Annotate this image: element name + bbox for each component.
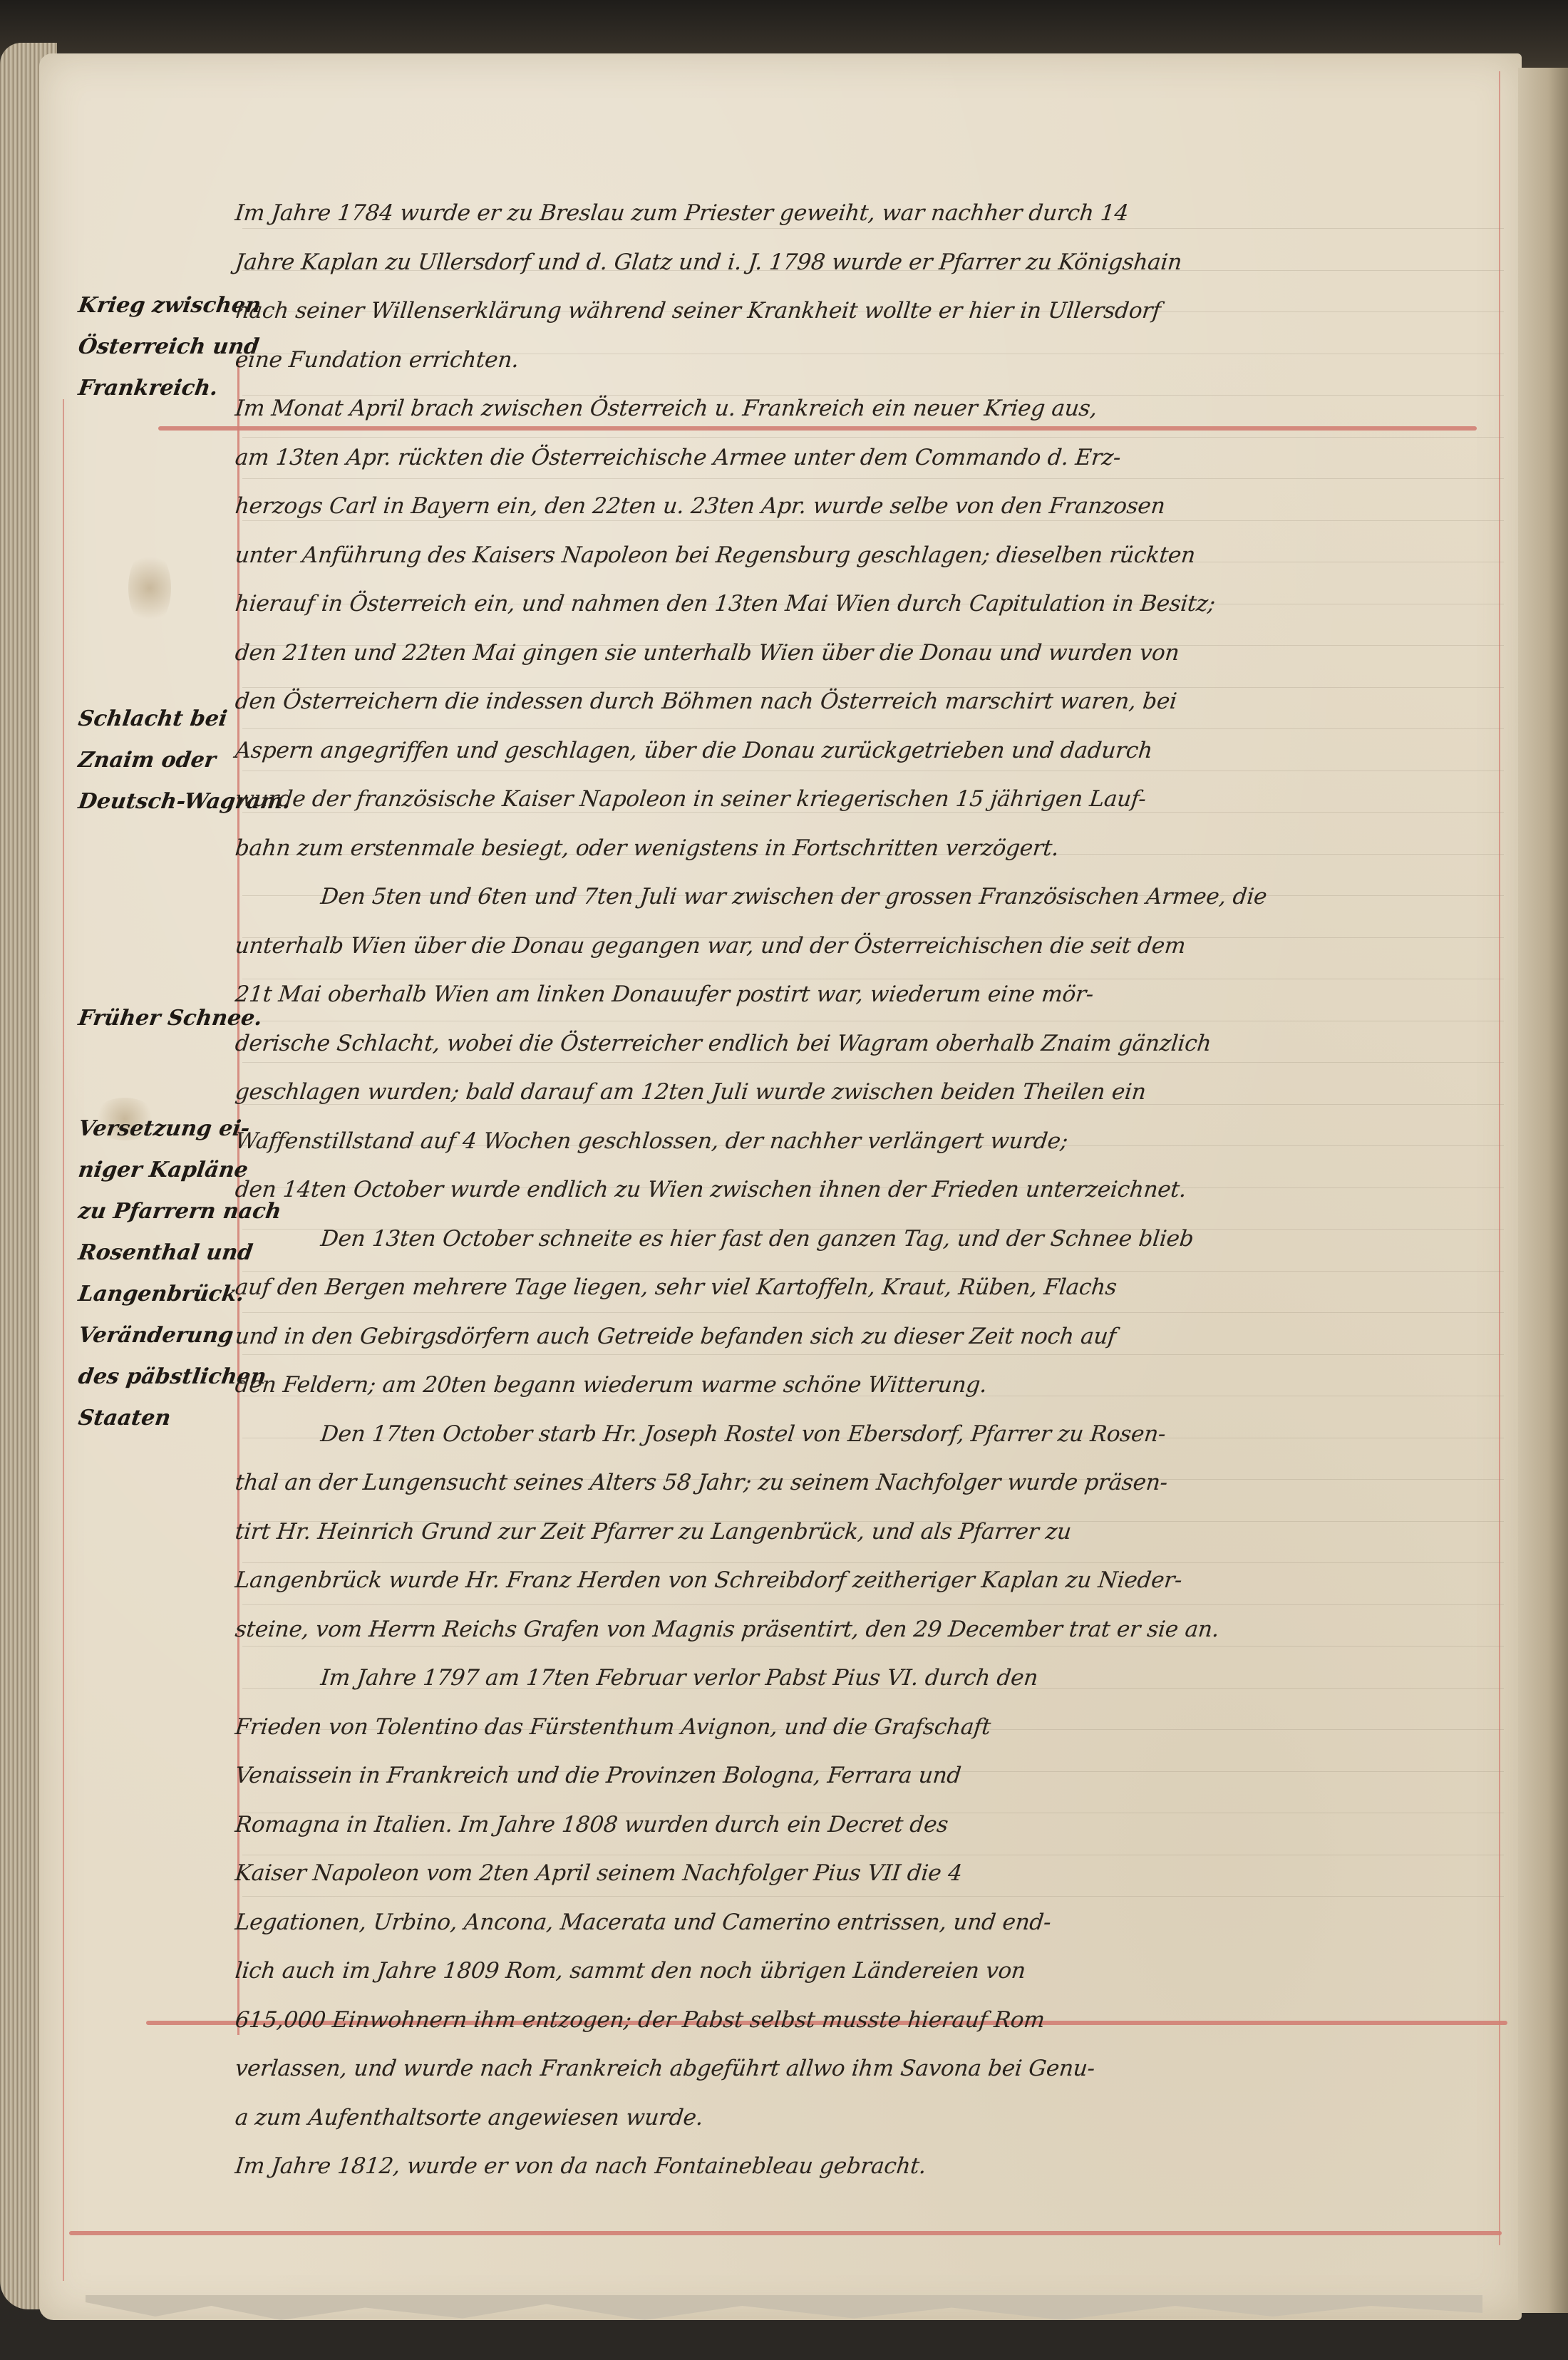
text-line: Waffenstillstand auf 4 Wochen geschlosse… — [232, 1117, 1513, 1166]
text-line: Kaiser Napoleon vom 2ten April seinem Na… — [232, 1849, 1513, 1898]
margin-note-line: Versetzung ei- — [76, 1108, 249, 1150]
text-line: Aspern angegriffen und geschlagen, über … — [232, 726, 1513, 775]
margin-note-line: Rosenthal und — [76, 1232, 249, 1274]
text-line: steine, vom Herrn Reichs Grafen von Magn… — [232, 1605, 1513, 1654]
text-line: Den 13ten October schneite es hier fast … — [232, 1215, 1513, 1264]
text-line: und in den Gebirgsdörfern auch Getreide … — [232, 1312, 1513, 1361]
text-line: tirt Hr. Heinrich Grund zur Zeit Pfarrer… — [232, 1508, 1513, 1557]
margin-note-line: Staaten — [76, 1398, 249, 1439]
margin-note-line: Frankreich. — [76, 368, 249, 409]
margin-note-line: Schlacht bei — [76, 699, 249, 740]
outer-left-red-rule — [63, 399, 64, 2281]
text-line: Im Monat April brach zwischen Österreich… — [232, 384, 1513, 433]
text-line: Romagna in Italien. Im Jahre 1808 wurden… — [232, 1800, 1513, 1850]
margin-note-line: Znaim oder — [76, 740, 249, 781]
margin-note-line: zu Pfarrern nach — [76, 1191, 249, 1232]
text-line: verlassen, und wurde nach Frankreich abg… — [232, 2044, 1513, 2093]
text-line: 21t Mai oberhalb Wien am linken Donauufe… — [232, 970, 1513, 1019]
text-line: hierauf in Österreich ein, und nahmen de… — [232, 579, 1513, 629]
margin-note-battle: Schlacht bei Znaim oder Deutsch-Wagram. — [78, 699, 246, 823]
margin-note-transfer: Versetzung ei- niger Kapläne zu Pfarrern… — [78, 1108, 246, 1439]
text-line: unter Anführung des Kaisers Napoleon bei… — [232, 531, 1513, 580]
text-line: a zum Aufenthaltsorte angewiesen wurde. — [232, 2093, 1513, 2143]
text-line: Legationen, Urbino, Ancona, Macerata und… — [232, 1898, 1513, 1947]
text-line: geschlagen wurden; bald darauf am 12ten … — [232, 1068, 1513, 1117]
text-line: Den 17ten October starb Hr. Joseph Roste… — [232, 1410, 1513, 1459]
text-line: wurde der französische Kaiser Napoleon i… — [232, 775, 1513, 824]
margin-note-line: Österreich und — [76, 326, 249, 368]
text-line: herzogs Carl in Bayern ein, den 22ten u.… — [232, 482, 1513, 531]
text-line: Im Jahre 1812, wurde er von da nach Font… — [232, 2142, 1513, 2191]
text-line: den 14ten October wurde endlich zu Wien … — [232, 1165, 1513, 1215]
text-line: Venaissein in Frankreich und die Provinz… — [232, 1751, 1513, 1800]
text-line: eine Fundation errichten. — [232, 336, 1513, 385]
text-line: unterhalb Wien über die Donau gegangen w… — [232, 922, 1513, 971]
margin-note-line: niger Kapläne — [76, 1150, 249, 1191]
facing-page-edge — [1518, 68, 1568, 2313]
margin-note-line: Krieg zwischen — [76, 285, 249, 326]
text-line: thal an der Lungensucht seines Alters 58… — [232, 1458, 1513, 1508]
text-line: Im Jahre 1784 wurde er zu Breslau zum Pr… — [232, 189, 1513, 238]
margin-note-line: Veränderung — [76, 1315, 249, 1356]
text-line: Langenbrück wurde Hr. Franz Herden von S… — [232, 1556, 1513, 1605]
text-line: den Österreichern die indessen durch Böh… — [232, 677, 1513, 726]
text-line: Im Jahre 1797 am 17ten Februar verlor Pa… — [232, 1654, 1513, 1703]
text-line: Jahre Kaplan zu Ullersdorf und d. Glatz … — [232, 238, 1513, 287]
text-line: lich auch im Jahre 1809 Rom, sammt den n… — [232, 1947, 1513, 1996]
paper-stain — [128, 549, 171, 627]
text-line: den 21ten und 22ten Mai gingen sie unter… — [232, 629, 1513, 678]
text-line: auf den Bergen mehrere Tage liegen, sehr… — [232, 1263, 1513, 1312]
text-line: derische Schlacht, wobei die Österreiche… — [232, 1019, 1513, 1068]
text-line: Frieden von Tolentino das Fürstenthum Av… — [232, 1703, 1513, 1752]
text-line: 615,000 Einwohnern ihm entzogen; der Pab… — [232, 1996, 1513, 2045]
text-line: bahn zum erstenmale besiegt, oder wenigs… — [232, 824, 1513, 873]
text-line: den Feldern; am 20ten begann wiederum wa… — [232, 1361, 1513, 1410]
margin-note-war: Krieg zwischen Österreich und Frankreich… — [78, 285, 246, 409]
text-line: nach seiner Willenserklärung während sei… — [232, 287, 1513, 336]
margin-note-line: des päbstlichen — [76, 1356, 249, 1398]
margin-note-line: Früher Schnee. — [76, 998, 249, 1039]
margin-note-line: Langenbrück. — [76, 1274, 249, 1315]
margin-note-snow: Früher Schnee. — [78, 998, 246, 1039]
text-line: Den 5ten und 6ten und 7ten Juli war zwis… — [232, 872, 1513, 922]
bottom-red-rule — [69, 2231, 1502, 2235]
text-line: am 13ten Apr. rückten die Österreichisch… — [232, 433, 1513, 483]
chronicle-body-text: Im Jahre 1784 wurde er zu Breslau zum Pr… — [235, 189, 1511, 2191]
margin-note-line: Deutsch-Wagram. — [76, 781, 249, 823]
